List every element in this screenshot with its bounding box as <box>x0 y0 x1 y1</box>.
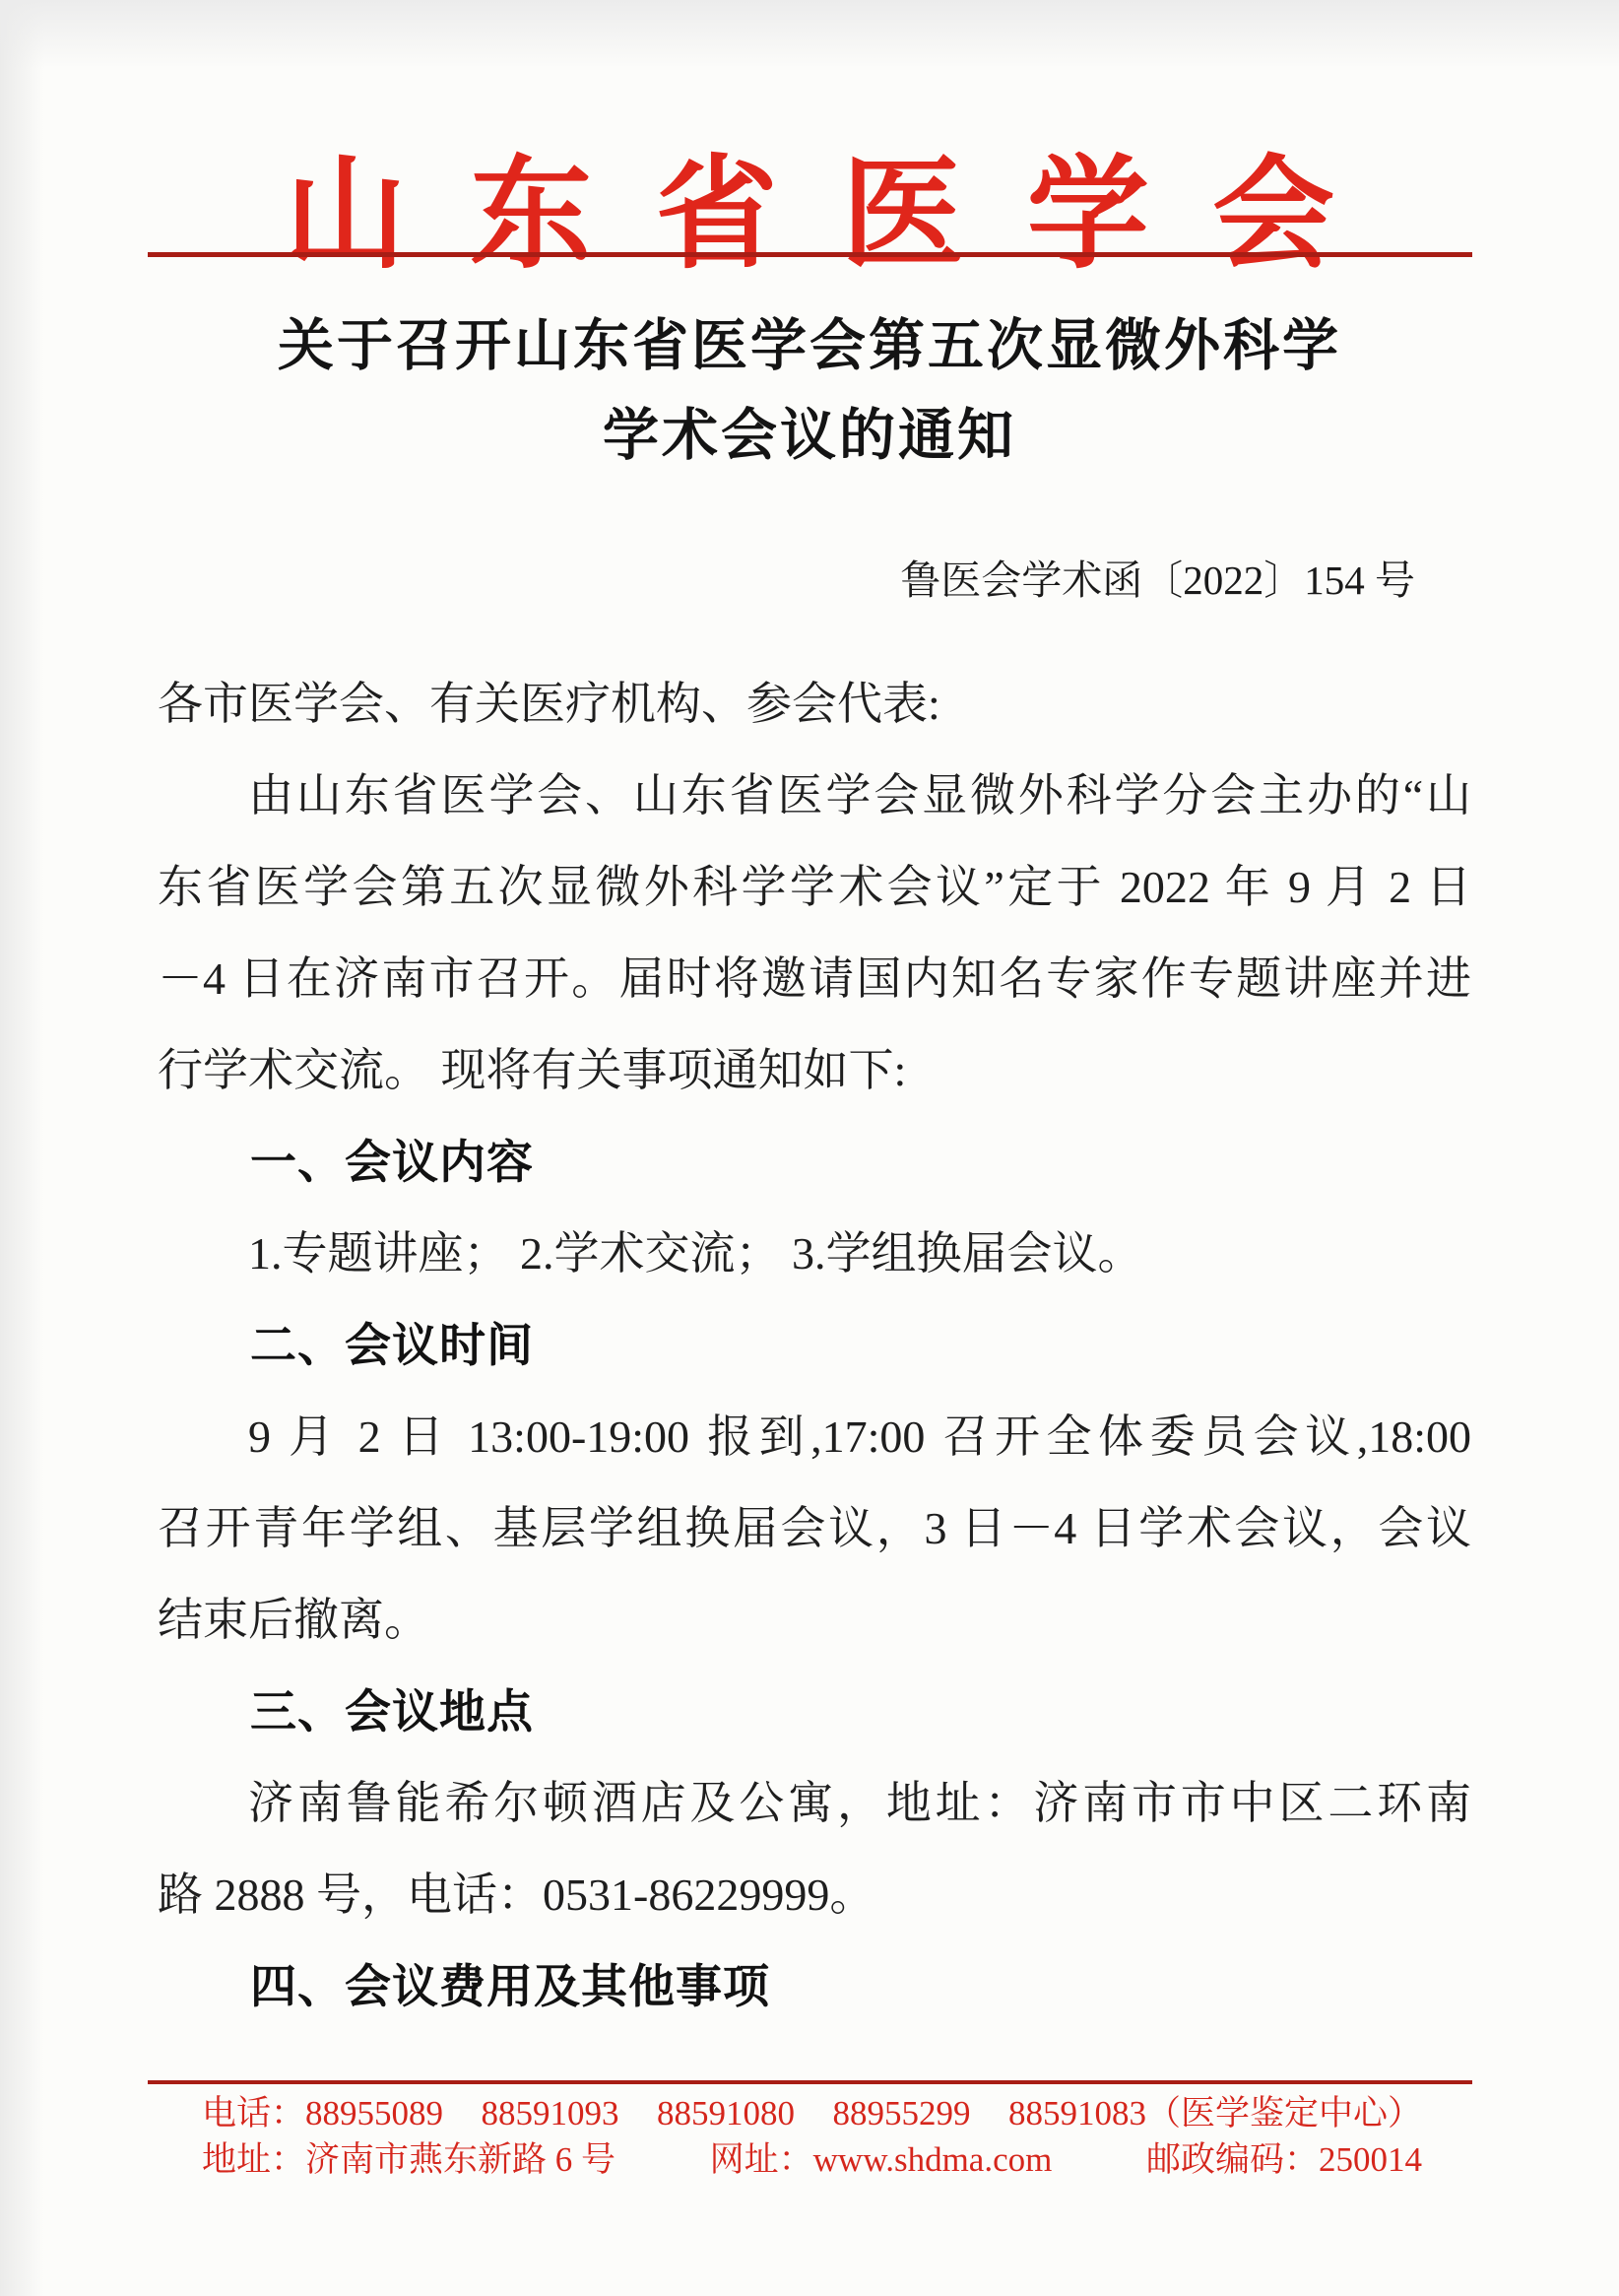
footer-phone-1: 88955089 <box>305 2094 443 2132</box>
intro-line-4: 行学术交流。 现将有关事项通知如下: <box>158 1024 1471 1116</box>
footer-phones-row: 电话：88955089 88591093 88591080 88955299 8… <box>202 2093 1422 2134</box>
footer-phone-2: 88591093 <box>482 2093 619 2134</box>
salutation: 各市医学会、有关医疗机构、参会代表: <box>158 658 1471 750</box>
doc-number: 鲁医会学术函〔2022〕154 号 <box>0 548 1415 606</box>
footer-address-row: 地址：济南市燕东新路 6 号 网址：www.shdma.com 邮政编码：250… <box>202 2139 1422 2181</box>
footer-phone-label: 电话： <box>202 2094 305 2132</box>
footer-postal-code: 邮政编码：250014 <box>1146 2139 1422 2181</box>
footer-phone-group: 电话：88955089 <box>202 2093 443 2134</box>
section4-heading: 四、会议费用及其他事项 <box>158 1940 1471 2032</box>
header-divider-rule <box>148 252 1472 257</box>
section3-line-1: 济南鲁能希尔顿酒店及公寓，地址：济南市市中区二环南 <box>158 1757 1471 1849</box>
scanned-notice-page: 山东省医学会 关于召开山东省医学会第五次显微外科学 学术会议的通知 鲁医会学术函… <box>0 0 1619 2296</box>
intro-line-3: －4 日在济南市召开。届时将邀请国内知名专家作专题讲座并进 <box>158 933 1471 1024</box>
footer-website: 网址：www.shdma.com <box>710 2139 1053 2181</box>
intro-line-2: 东省医学会第五次显微外科学学术会议”定于 2022 年 9 月 2 日 <box>158 841 1471 933</box>
section2-line-1: 9 月 2 日 13:00-19:00 报到,17:00 召开全体委员会议,18… <box>158 1391 1471 1482</box>
section2-heading: 二、会议时间 <box>158 1299 1471 1391</box>
doc-title: 关于召开山东省医学会第五次显微外科学 学术会议的通知 <box>0 301 1619 481</box>
footer-phone-3: 88591080 <box>657 2093 795 2134</box>
doc-title-line1: 关于召开山东省医学会第五次显微外科学 <box>0 301 1619 391</box>
section2-line-2: 召开青年学组、基层学组换届会议，3 日－4 日学术会议，会议 <box>158 1482 1471 1574</box>
document-body: 各市医学会、有关医疗机构、参会代表: 由山东省医学会、山东省医学会显微外科学分会… <box>158 658 1471 2032</box>
section2-line-3: 结束后撤离。 <box>158 1574 1471 1666</box>
footer-phone-5: 88591083（医学鉴定中心） <box>1008 2093 1422 2134</box>
section3-line-2: 路 2888 号，电话：0531-86229999。 <box>158 1849 1471 1940</box>
section1-heading: 一、会议内容 <box>158 1116 1471 1208</box>
org-name-header: 山东省医学会 <box>0 116 1619 292</box>
doc-title-line2: 学术会议的通知 <box>0 391 1619 481</box>
intro-line-1: 由山东省医学会、山东省医学会显微外科学分会主办的“山 <box>158 750 1471 841</box>
section3-heading: 三、会议地点 <box>158 1666 1471 1757</box>
footer-divider-rule <box>148 2080 1472 2084</box>
section1-content: 1.专题讲座； 2.学术交流； 3.学组换届会议。 <box>158 1208 1471 1299</box>
footer-address: 地址：济南市燕东新路 6 号 <box>202 2139 615 2181</box>
footer-phone-4: 88955299 <box>832 2093 970 2134</box>
